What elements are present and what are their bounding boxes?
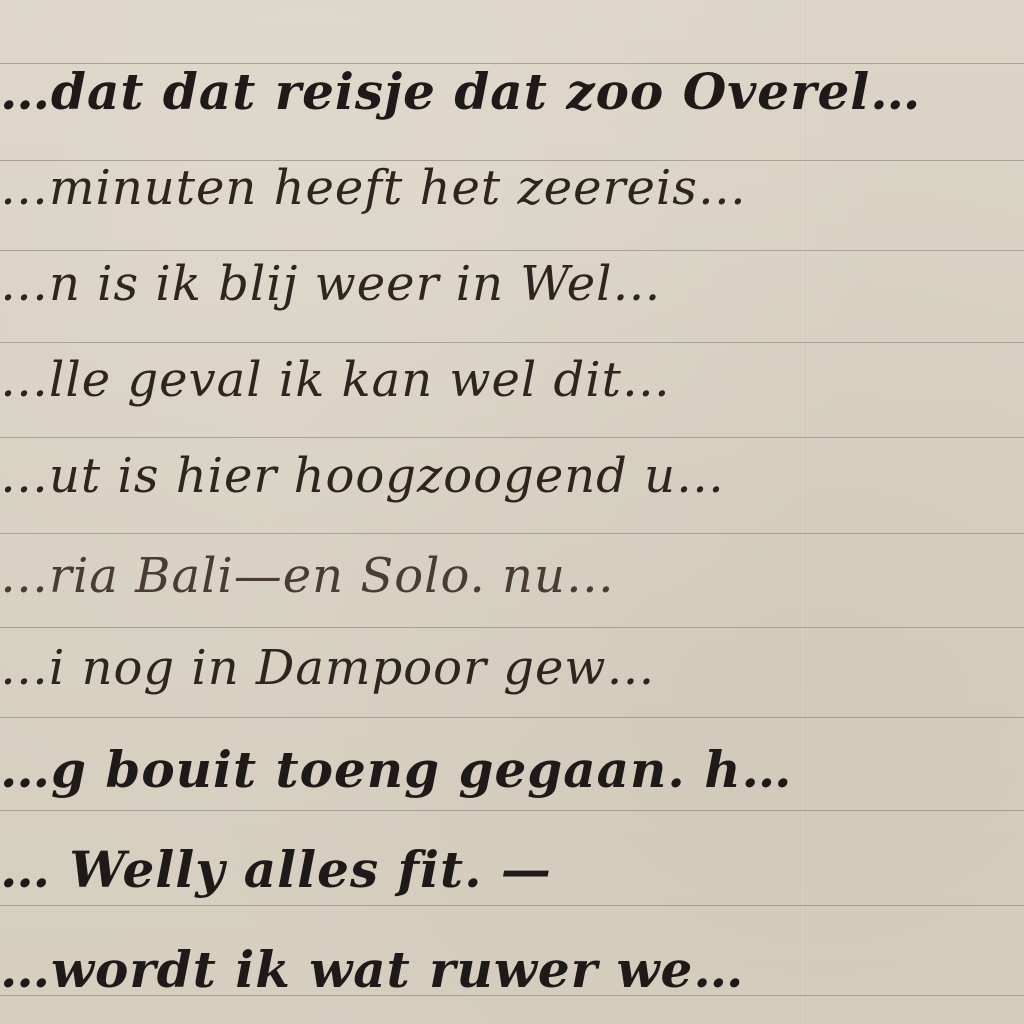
ruled-line bbox=[0, 342, 1024, 343]
ruled-line bbox=[0, 717, 1024, 718]
handwritten-line-4: …lle geval ik kan wel dit… bbox=[0, 352, 671, 408]
handwritten-line-9: … Welly alles fit. — bbox=[0, 840, 552, 899]
handwritten-line-7: …i nog in Dampoor gew… bbox=[0, 640, 656, 696]
handwritten-line-1: …dat dat reisje dat zoo Overel… bbox=[0, 62, 921, 121]
ruled-line bbox=[0, 437, 1024, 438]
paper-fold-crease bbox=[803, 0, 805, 1024]
handwritten-line-10: …wordt ik wat ruwer we… bbox=[0, 940, 744, 999]
ruled-line bbox=[0, 810, 1024, 811]
handwritten-letter-page: …dat dat reisje dat zoo Overel… …minuten… bbox=[0, 0, 1024, 1024]
handwritten-line-3: …n is ik blij weer in Wel… bbox=[0, 256, 661, 312]
ruled-line bbox=[0, 627, 1024, 628]
ruled-line bbox=[0, 533, 1024, 534]
ruled-line bbox=[0, 250, 1024, 251]
handwritten-line-5: …ut is hier hoogzoogend u… bbox=[0, 448, 725, 504]
handwritten-line-6: …ria Bali—en Solo. nu… bbox=[0, 548, 615, 604]
handwritten-line-2: …minuten heeft het zeereis… bbox=[0, 160, 747, 216]
ruled-line bbox=[0, 905, 1024, 906]
handwritten-line-8: …g bouit toeng gegaan. h… bbox=[0, 740, 793, 799]
